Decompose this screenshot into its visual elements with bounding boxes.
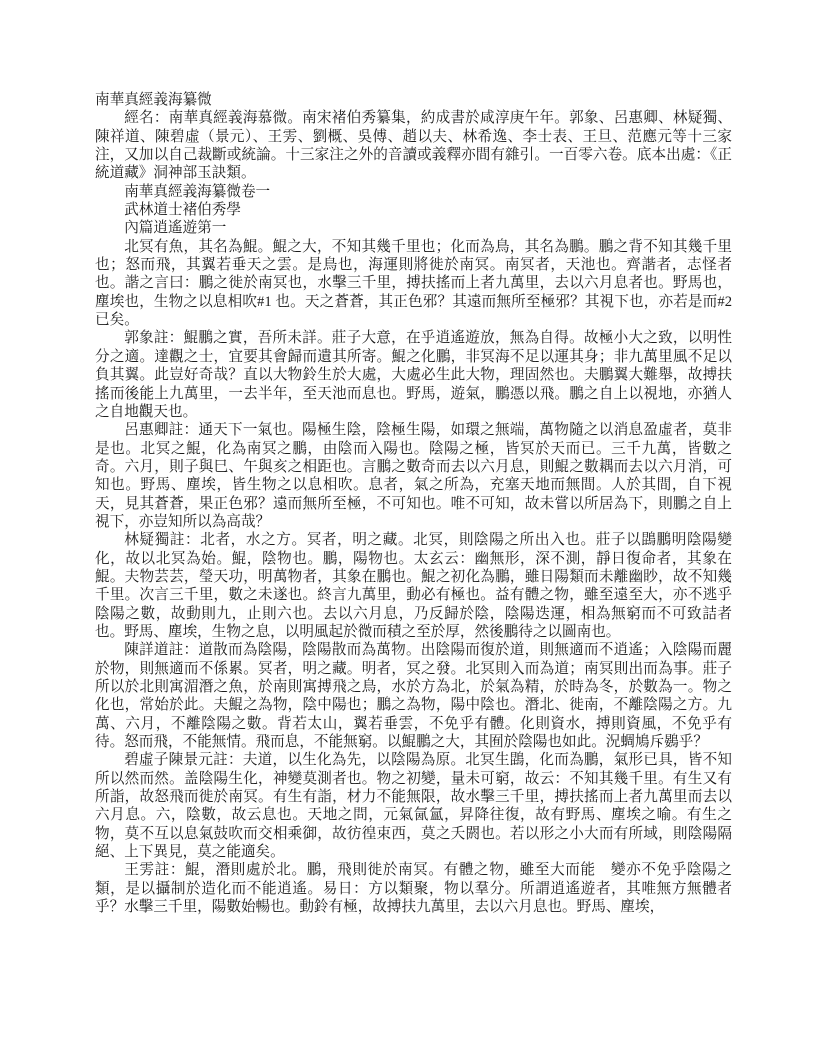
paragraph-note-luhuiqing: 呂惠卿註：通天下一氣也。陽極生陰，陰極生陽，如環之無端，萬物隨之以消息盈虛者，莫…	[95, 421, 732, 531]
heading-chapter: 內篇逍遙遊第一	[95, 219, 732, 237]
paragraph-note-guoxiang: 郭象註：鯤鵬之實，吾所未詳。莊子大意，在乎逍遙遊放，無為自得。故極小大之致，以明…	[95, 329, 732, 421]
paragraph-note-wangpang: 王雱註：鯤，潛則處於北。鵬，飛則徙於南冥。有體之物，雖至大而能 變亦不免乎陰陽之…	[95, 861, 732, 916]
paragraph-main-text: 北冥有魚，其名為鯤。鯤之大，不知其幾千里也；化而為鳥，其名為鵬。鵬之背不知其幾千…	[95, 238, 732, 330]
heading-volume: 南華真經義海纂微卷一	[95, 183, 732, 201]
paragraph-note-chenjingyuan: 碧虛子陳景元註：夫道，以生化為先，以陰陽為原。北冥生鵾，化而為鵬，氣形已具，皆不…	[95, 751, 732, 861]
paragraph-note-chenxiangdao: 陳詳道註：道散而為陰陽，陰陽散而為萬物。出陰陽而復於道，則無適而不逍遙；入陰陽而…	[95, 641, 732, 751]
text-block: 南華真經義海纂微 經名：南華真經義海慕微。南宋褚伯秀纂集，約成書於咸淳庚午年。郭…	[95, 91, 732, 916]
document-title: 南華真經義海纂微	[95, 91, 732, 109]
paragraph-note-linyidu: 林疑獨註：北者，水之方。冥者，明之藏。北冥，則陰陽之所出入也。莊子以鵾鵬明陰陽變…	[95, 531, 732, 641]
heading-author: 武林道士褚伯秀學	[95, 201, 732, 219]
paragraph-colophon: 經名：南華真經義海慕微。南宋褚伯秀纂集，約成書於咸淳庚午年。郭象、呂惠卿、林疑獨…	[95, 109, 732, 182]
document-page: 南華真經義海纂微 經名：南華真經義海慕微。南宋褚伯秀纂集，約成書於咸淳庚午年。郭…	[0, 0, 816, 1056]
